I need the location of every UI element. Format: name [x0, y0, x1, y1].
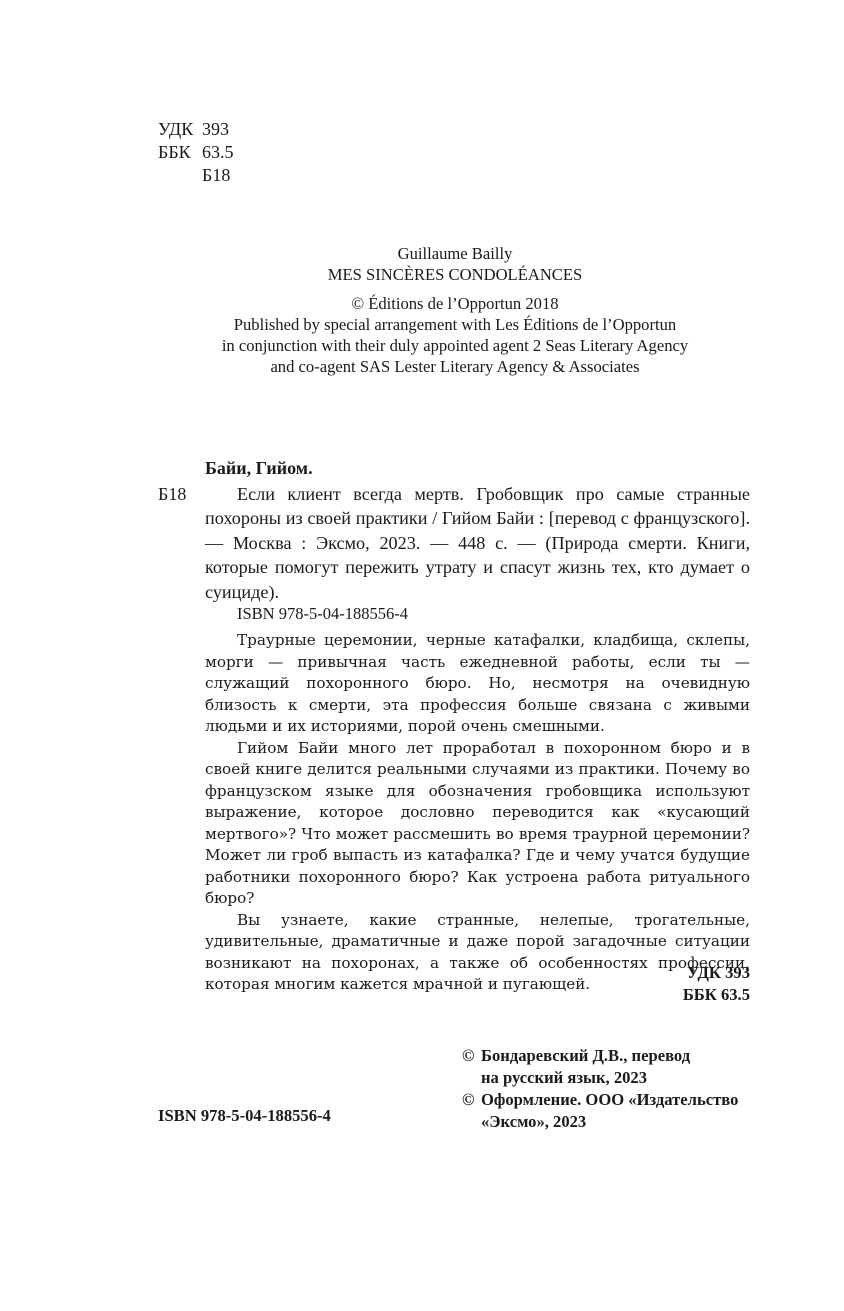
copyright-translation: © Бондаревский Д.В., перевод на русский … — [462, 1045, 738, 1089]
copyright-line: Бондаревский Д.В., перевод — [481, 1045, 738, 1067]
udk-label: УДК — [158, 118, 202, 141]
bbk-value: 63.5 — [202, 141, 234, 164]
catalog-heading: Байи, Гийом. — [205, 458, 313, 479]
copyright-icon: © — [462, 1045, 474, 1067]
author-mark-row: Б18 — [158, 164, 234, 187]
footer-bbk: ББК 63.5 — [683, 984, 750, 1006]
footer-isbn: ISBN 978-5-04-188556-4 — [158, 1106, 331, 1126]
footer-udk: УДК 393 — [683, 962, 750, 984]
rights-line: © Éditions de l’Opportun 2018 — [150, 293, 760, 314]
udk-value: 393 — [202, 118, 229, 141]
catalog-entry: Если клиент всегда мертв. Гробовщик про … — [205, 482, 750, 604]
rights-line: and co-agent SAS Lester Literary Agency … — [150, 356, 760, 377]
original-edition-block: Guillaume Bailly MES SINCÈRES CONDOLÉANC… — [150, 243, 760, 377]
copyright-design: © Оформление. ООО «Издательство «Эксмо»,… — [462, 1089, 738, 1133]
udk-row: УДК 393 — [158, 118, 234, 141]
footer-classification: УДК 393 ББК 63.5 — [683, 962, 750, 1006]
classification-block: УДК 393 ББК 63.5 Б18 — [158, 118, 234, 187]
bbk-row: ББК 63.5 — [158, 141, 234, 164]
catalog-code: Б18 — [158, 484, 186, 505]
catalog-isbn: ISBN 978-5-04-188556-4 — [237, 604, 408, 624]
annotation-paragraph: Гийом Байи много лет проработал в похоро… — [205, 738, 750, 910]
annotation: Траурные церемонии, черные катафалки, кл… — [205, 630, 750, 996]
copyright-line: на русский язык, 2023 — [481, 1067, 738, 1089]
annotation-paragraph: Вы узнаете, какие странные, нелепые, тро… — [205, 910, 750, 996]
original-title: MES SINCÈRES CONDOLÉANCES — [150, 264, 760, 285]
copyright-icon: © — [462, 1089, 474, 1111]
copyright-block: © Бондаревский Д.В., перевод на русский … — [462, 1045, 738, 1133]
annotation-paragraph: Траурные церемонии, черные катафалки, кл… — [205, 630, 750, 738]
rights-line: in conjunction with their duly appointed… — [150, 335, 760, 356]
rights-line: Published by special arrangement with Le… — [150, 314, 760, 335]
copyright-line: «Эксмо», 2023 — [481, 1111, 738, 1133]
original-author: Guillaume Bailly — [150, 243, 760, 264]
copyright-line: Оформление. ООО «Издательство — [481, 1089, 738, 1111]
bbk-label: ББК — [158, 141, 202, 164]
author-mark: Б18 — [202, 164, 230, 187]
